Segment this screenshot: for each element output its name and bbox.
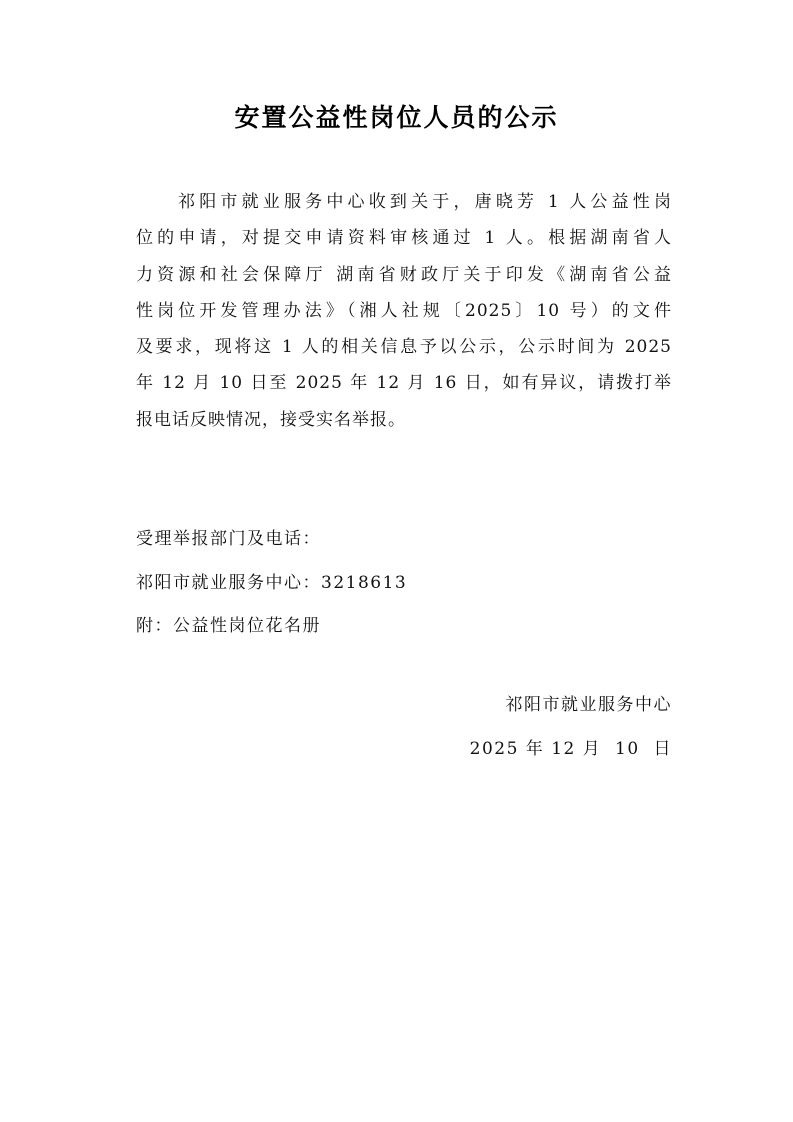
- body-line: 祁阳市就业服务中心收到关于，唐晓芳 1 人公益性岗: [136, 184, 672, 220]
- attachment-note: 附：公益性岗位花名册: [136, 605, 407, 649]
- signature-date: 2025 年 12 月 10 日: [470, 727, 672, 771]
- body-line: 及要求，现将这 1 人的相关信息予以公示，公示时间为 2025: [136, 329, 672, 365]
- contact-phone: 祁阳市就业服务中心：3218613: [136, 562, 407, 606]
- body-line: 性岗位开发管理办法》（湘人社规〔2025〕10 号）的文件: [136, 293, 672, 329]
- contact-heading: 受理举报部门及电话：: [136, 518, 407, 562]
- document-title: 安置公益性岗位人员的公示: [0, 98, 793, 134]
- body-line: 力资源和社会保障厅 湖南省财政厅关于印发《湖南省公益: [136, 257, 672, 293]
- body-line: 年 12 月 10 日至 2025 年 12 月 16 日，如有异议，请拨打举: [136, 365, 672, 401]
- body-paragraph: 祁阳市就业服务中心收到关于，唐晓芳 1 人公益性岗 位的申请，对提交申请资料审核…: [136, 184, 672, 438]
- body-line: 位的申请，对提交申请资料审核通过 1 人。根据湖南省人: [136, 220, 672, 256]
- signature-organization: 祁阳市就业服务中心: [470, 683, 672, 727]
- body-line: 报电话反映情况，接受实名举报。: [136, 402, 672, 438]
- contact-section: 受理举报部门及电话： 祁阳市就业服务中心：3218613 附：公益性岗位花名册: [136, 518, 407, 649]
- signature-block: 祁阳市就业服务中心 2025 年 12 月 10 日: [470, 683, 672, 771]
